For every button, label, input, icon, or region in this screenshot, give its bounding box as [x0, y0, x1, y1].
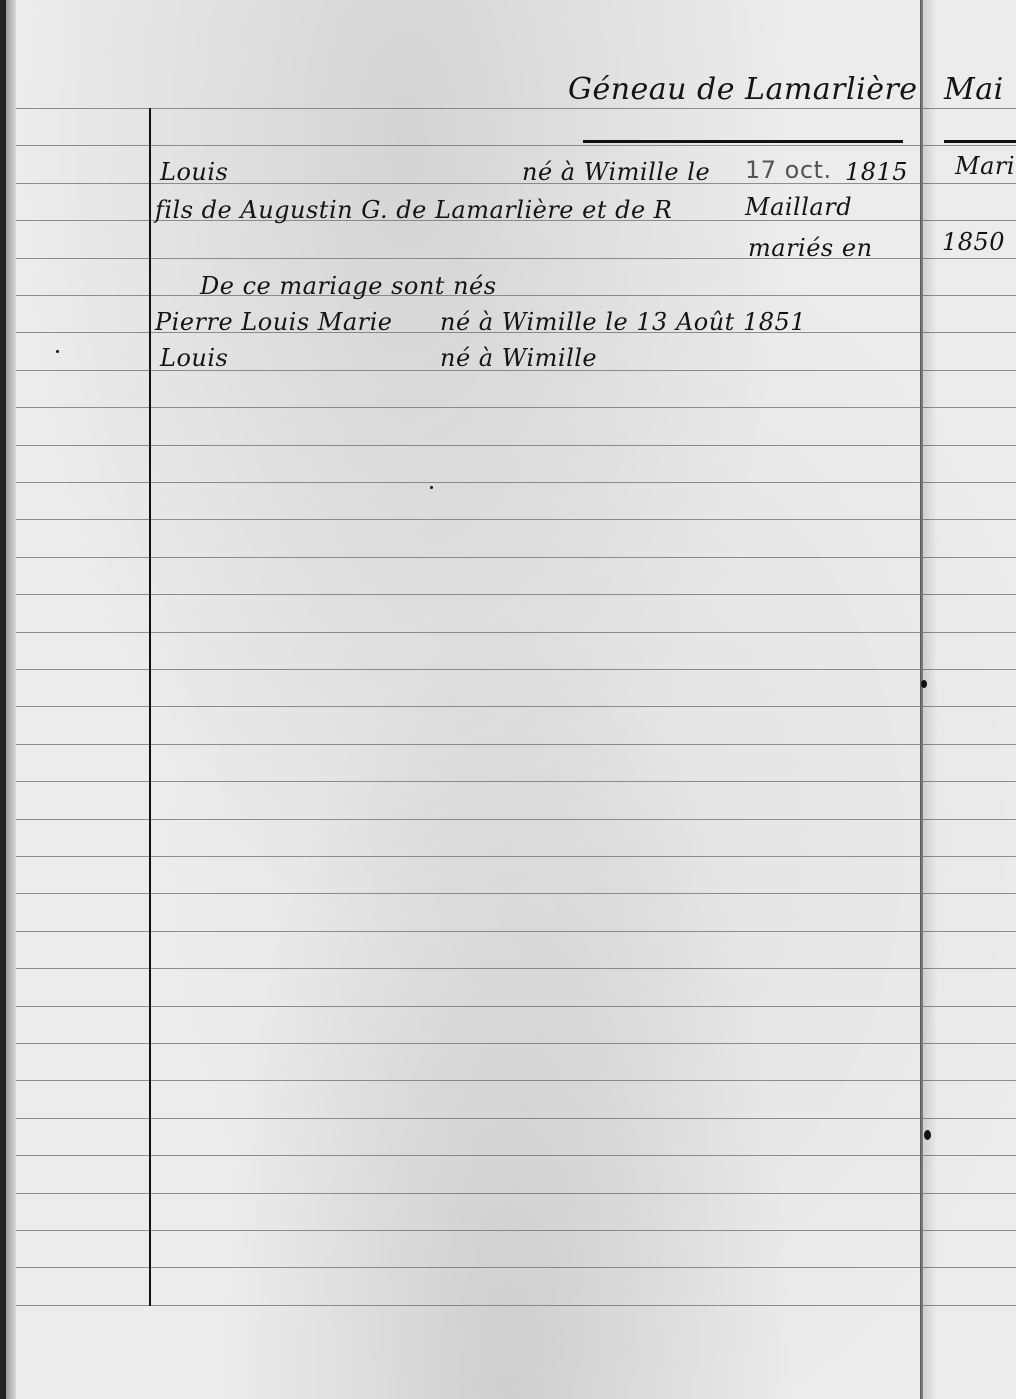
ruled-line	[16, 1080, 1016, 1081]
ink-blot	[924, 1130, 931, 1140]
ruled-line	[16, 669, 1016, 670]
ruled-line	[16, 968, 1016, 969]
ruled-line	[16, 632, 1016, 633]
birth-year: 1815	[845, 158, 908, 186]
next-page-underline	[944, 140, 1016, 143]
birth-date-pencil: 17 oct.	[745, 156, 832, 184]
ruled-line	[16, 482, 1016, 483]
ruled-line	[16, 893, 1016, 894]
child-name-2: Louis	[160, 344, 228, 372]
ruled-line	[16, 295, 1016, 296]
ruled-line	[16, 445, 1016, 446]
ruled-line	[16, 1043, 1016, 1044]
children-heading: De ce mariage sont nés	[200, 272, 497, 300]
child-name-1: Pierre Louis Marie	[155, 308, 393, 336]
page-fold-shadow	[923, 0, 937, 1399]
ruled-line	[16, 557, 1016, 558]
binding-shadow	[6, 0, 16, 1399]
ruled-line	[16, 108, 1016, 109]
ruled-line	[16, 744, 1016, 745]
ruled-line	[16, 931, 1016, 932]
ruled-line	[16, 1155, 1016, 1156]
ruled-line	[16, 1305, 1016, 1306]
ruled-line	[16, 819, 1016, 820]
ink-speck	[430, 486, 433, 489]
ruled-line	[16, 706, 1016, 707]
mother-surname: Maillard	[745, 193, 852, 221]
birth-text: né à Wimille le	[522, 158, 710, 186]
marriage-year: 1850	[942, 228, 1005, 256]
ruled-line	[16, 1006, 1016, 1007]
given-name: Louis	[160, 158, 228, 186]
right-page-line1: Mari	[955, 152, 1015, 180]
ruled-line	[16, 407, 1016, 408]
register-page: Géneau de Lamarlière Mai Louis né à Wimi…	[0, 0, 1016, 1399]
header-underline	[583, 140, 903, 143]
ink-blot	[921, 680, 927, 688]
ruled-line	[16, 1118, 1016, 1119]
next-page-header-partial: Mai	[944, 72, 1004, 107]
ruled-line	[16, 594, 1016, 595]
ruled-line	[16, 1193, 1016, 1194]
child-birth-2: né à Wimille	[440, 344, 597, 372]
marriage-text: mariés en	[748, 234, 873, 262]
ruled-line	[16, 781, 1016, 782]
ruled-line	[16, 145, 1016, 146]
ink-speck	[56, 350, 59, 353]
ruled-line	[16, 856, 1016, 857]
ruled-line	[16, 519, 1016, 520]
margin-line	[149, 108, 151, 1306]
parentage: fils de Augustin G. de Lamarlière et de …	[155, 196, 672, 224]
ruled-line	[16, 1230, 1016, 1231]
surname-header: Géneau de Lamarlière	[568, 72, 918, 107]
ruled-line	[16, 1267, 1016, 1268]
child-birth-1: né à Wimille le 13 Août 1851	[440, 308, 806, 336]
